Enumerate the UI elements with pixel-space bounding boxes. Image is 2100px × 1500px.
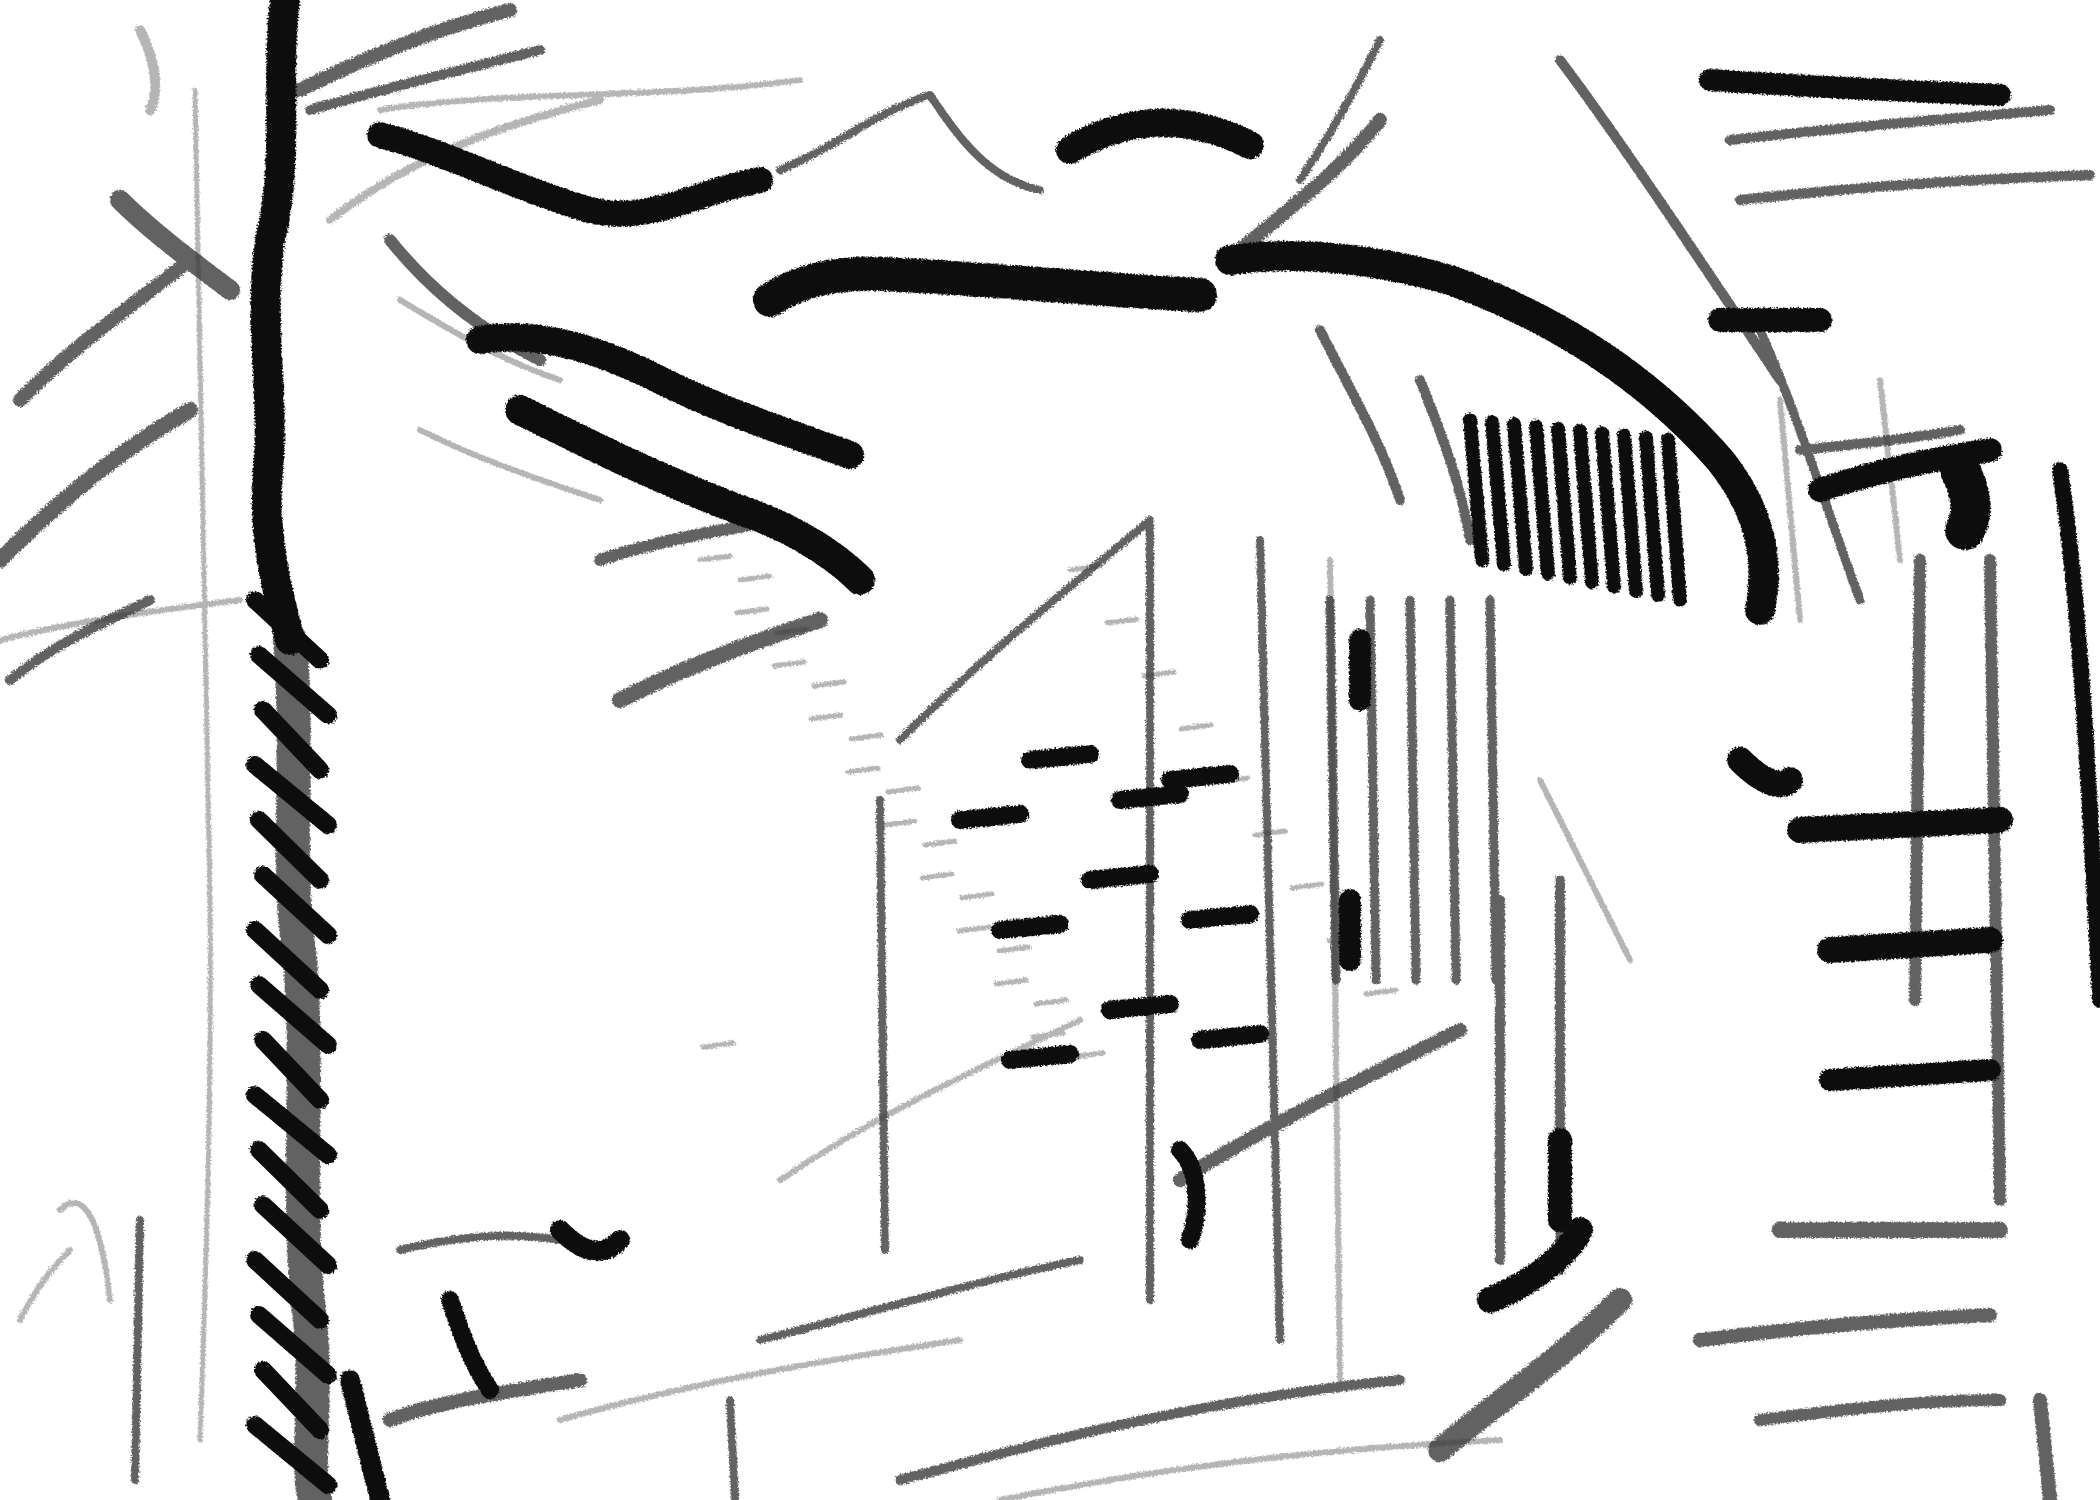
charcoal-sketch <box>0 0 2100 1500</box>
